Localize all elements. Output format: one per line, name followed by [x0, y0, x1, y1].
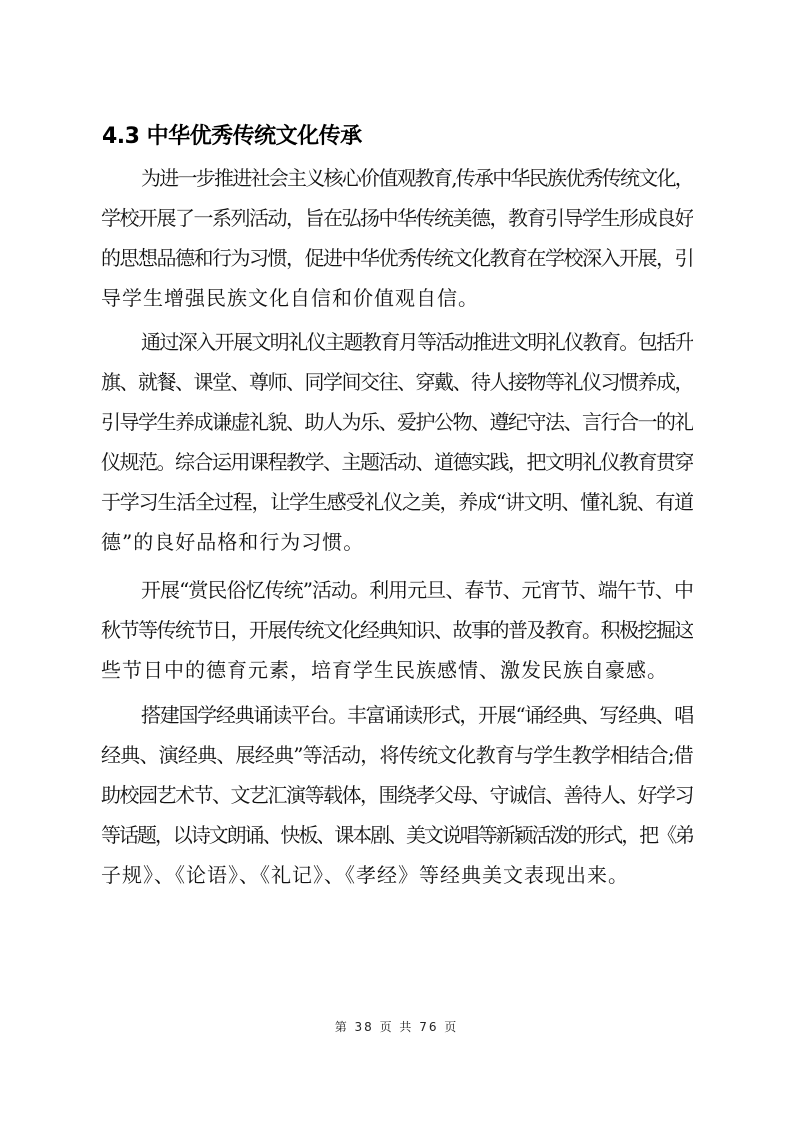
section-heading: 4.3 中华优秀传统文化传承 [102, 119, 362, 150]
page-number-footer: 第 38 页 共 76 页 [0, 1018, 793, 1035]
paragraph-etiquette: 通过深入开展文明礼仪主题教育月等活动推进文明礼仪教育。包括升 旗、就餐、课堂、尊… [101, 322, 693, 562]
text-line: 的思想品德和行为习惯，促进中华优秀传统文化教育在学校深入开展，引 [101, 238, 693, 278]
text-line: 秋节等传统节日，开展传统文化经典知识、故事的普及教育。积极挖掘这 [101, 610, 693, 650]
text-line: 引导学生养成谦虚礼貌、助人为乐、爱护公物、遵纪守法、言行合一的礼 [101, 402, 693, 442]
paragraph-classics-reading: 搭建国学经典诵读平台。丰富诵读形式，开展“诵经典、写经典、唱 经典、演经典、展经… [101, 695, 693, 895]
document-page: 4.3 中华优秀传统文化传承 为进一步推进社会主义核心价值观教育,传承中华民族优… [0, 0, 793, 1122]
text-line: 助校园艺术节、文艺汇演等载体，围绕孝父母、守诚信、善待人、好学习 [101, 775, 693, 815]
text-line: 子规》、《论语》、《礼记》、《孝经》等经典美文表现出来。 [101, 855, 693, 895]
text-line: 于学习生活全过程，让学生感受礼仪之美，养成“讲文明、懂礼貌、有道 [101, 482, 693, 522]
paragraph-folk-customs: 开展“赏民俗忆传统”活动。利用元旦、春节、元宵节、端午节、中 秋节等传统节日，开… [101, 570, 693, 690]
text-line: 学校开展了一系列活动，旨在弘扬中华传统美德，教育引导学生形成良好 [101, 198, 693, 238]
text-line: 为进一步推进社会主义核心价值观教育,传承中华民族优秀传统文化， [101, 158, 693, 198]
text-line: 通过深入开展文明礼仪主题教育月等活动推进文明礼仪教育。包括升 [101, 322, 693, 362]
text-line: 些节日中的德育元素，培育学生民族感情、激发民族自豪感。 [101, 650, 693, 690]
paragraph-intro: 为进一步推进社会主义核心价值观教育,传承中华民族优秀传统文化， 学校开展了一系列… [101, 158, 693, 318]
text-line: 经典、演经典、展经典”等活动，将传统文化教育与学生教学相结合;借 [101, 735, 693, 775]
text-line: 导学生增强民族文化自信和价值观自信。 [101, 278, 693, 318]
text-line: 仪规范。综合运用课程教学、主题活动、道德实践，把文明礼仪教育贯穿 [101, 442, 693, 482]
text-line: 开展“赏民俗忆传统”活动。利用元旦、春节、元宵节、端午节、中 [101, 570, 693, 610]
text-line: 德”的良好品格和行为习惯。 [101, 522, 693, 562]
text-line: 等话题，以诗文朗诵、快板、课本剧、美文说唱等新颖活泼的形式，把《弟 [101, 815, 693, 855]
text-line: 搭建国学经典诵读平台。丰富诵读形式，开展“诵经典、写经典、唱 [101, 695, 693, 735]
text-line: 旗、就餐、课堂、尊师、同学间交往、穿戴、待人接物等礼仪习惯养成， [101, 362, 693, 402]
